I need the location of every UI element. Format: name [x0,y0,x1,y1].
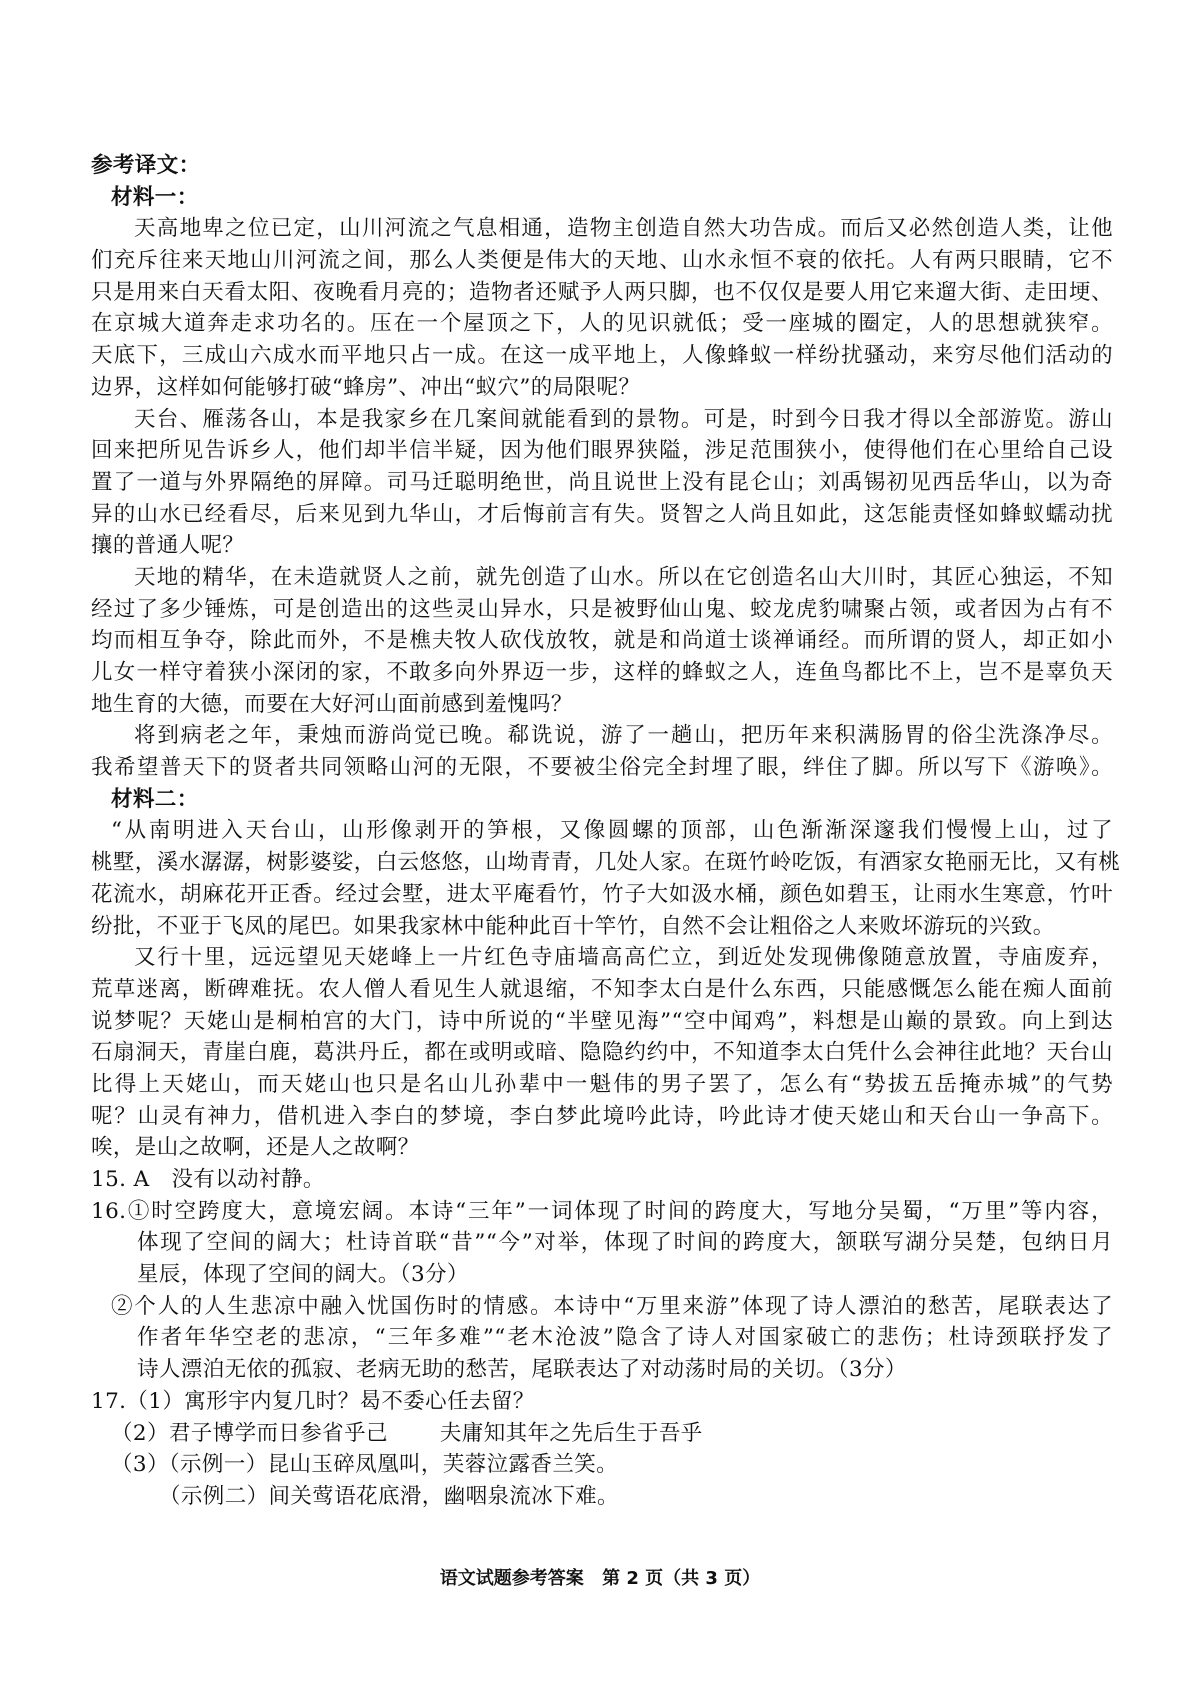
text-line: （2）君子博学而日参省乎己夫庸知其年之先后生于吾乎 [91,1418,1113,1450]
text-line: 说梦呢？天姥山是桐柏宫的大门，诗中所说的“半壁见海”“空中闻鸡”，料想是山巅的景… [91,1006,1113,1038]
answer-part-b: 夫庸知其年之先后生于吾乎 [440,1421,703,1446]
answer-part-a: （2）君子博学而日参省乎己 [111,1421,388,1446]
text-line: 体现了空间的阔大；杜诗首联“昔”“今”对举，体现了时间的跨度大，颔联写湖分吴楚，… [91,1227,1113,1259]
material-one-body: 天高地卑之位已定，山川河流之气息相通，造物主创造自然大功告成。而后又必然创造人类… [91,213,1113,783]
text-line: 只是用来白天看太阳、夜晚看月亮的；造物者还赋予人两只脚，也不仅仅是要人用它来遛大… [91,277,1113,309]
text-line: （示例二）间关莺语花底滑，幽咽泉流冰下难。 [91,1481,1113,1513]
text-line: 置了一道与外界隔绝的屏障。司马迁聪明绝世，尚且说世上没有昆仑山；刘禹锡初见西岳华… [91,467,1113,499]
text-line: 地生育的大德，而要在大好河山面前感到羞愧吗？ [91,689,1113,721]
answer-q17: 17.（1）寓形宇内复几时？曷不委心任去留？ （2）君子博学而日参省乎己夫庸知其… [91,1386,1113,1513]
text-line: 边界，这样如何能够打破“蜂房”、冲出“蚁穴”的局限呢？ [91,372,1113,404]
text-line: 异的山水已经看尽，后来见到九华山，才后悔前言有失。贤智之人尚且如此，这怎能责怪如… [91,499,1113,531]
document-page: 参考译文： 材料一： 天高地卑之位已定，山川河流之气息相通，造物主创造自然大功告… [91,150,1113,1513]
material-two-title: 材料二： [91,784,1113,816]
answer-q15: 15. A 没有以动衬静。 [91,1164,1113,1196]
text-line: 们充斥往来天地山川河流之间，那么人类便是伟大的天地、山水永恒不衰的依托。人有两只… [91,245,1113,277]
text-line: 唉，是山之故啊，还是人之故啊？ [91,1132,1113,1164]
footer-title: 语文试题参考答案 [440,1568,584,1589]
text-line: 石扇洞天，青崖白鹿，葛洪丹丘，都在或明或暗、隐隐约约中，不知道李太白凭什么会神往… [91,1037,1113,1069]
text-line: ②个人的人生悲凉中融入忧国伤时的情感。本诗中“万里来游”体现了诗人漂泊的愁苦，尾… [91,1291,1113,1323]
text-line: 又行十里，远远望见天姥峰上一片红色寺庙墙高高伫立，到近处发现佛像随意放置，寺庙废… [91,942,1113,974]
text-line: 回来把所见告诉乡人，他们却半信半疑，因为他们眼界狭隘，涉足范围狭小，使得他们在心… [91,435,1113,467]
answer-section: 15. A 没有以动衬静。 16.①时空跨度大，意境宏阔。本诗“三年”一词体现了… [91,1164,1113,1513]
text-line: “从南明进入天台山，山形像剥开的笋根，又像圆螺的顶部，山色渐渐深邃我们慢慢上山，… [91,815,1113,847]
text-line: 花流水，胡麻花开正香。经过会墅，进太平庵看竹，竹子大如汲水桶，颜色如碧玉，让雨水… [91,879,1113,911]
text-line: 16.①时空跨度大，意境宏阔。本诗“三年”一词体现了时间的跨度大，写地分吴蜀，“… [91,1196,1113,1228]
material-one-title: 材料一： [91,182,1113,214]
answer-text: ①时空跨度大，意境宏阔。本诗“三年”一词体现了时间的跨度大，写地分吴蜀，“万里”… [126,1199,1113,1224]
material-two-body: “从南明进入天台山，山形像剥开的笋根，又像圆螺的顶部，山色渐渐深邃我们慢慢上山，… [91,815,1113,1164]
text-line: 作者年华空老的悲凉，“三年多难”“老木沧波”隐含了诗人对国家破亡的悲伤；杜诗颈联… [91,1322,1113,1354]
text-line: 呢？山灵有神力，借机进入李白的梦境，李白梦此境吟此诗，吟此诗才使天姥山和天台山一… [91,1101,1113,1133]
text-line: 将到病老之年，秉烛而游尚觉已晚。郗诜说，游了一趟山，把历年来积满肠胃的俗尘洗涤净… [91,720,1113,752]
text-line: 均而相互争夺，除此而外，不是樵夫牧人砍伐放牧，就是和尚道士谈禅诵经。而所谓的贤人… [91,625,1113,657]
text-line: 天高地卑之位已定，山川河流之气息相通，造物主创造自然大功告成。而后又必然创造人类… [91,213,1113,245]
text-line: 荒草迷离，断碑难抚。农人僧人看见生人就退缩，不知李太白是什么东西，只能感慨怎么能… [91,974,1113,1006]
text-line: 攘的普通人呢？ [91,530,1113,562]
text-line: 在京城大道奔走求功名的。压在一个屋顶之下，人的见识就低；受一座城的圈定，人的思想… [91,308,1113,340]
answer-q16: 16.①时空跨度大，意境宏阔。本诗“三年”一词体现了时间的跨度大，写地分吴蜀，“… [91,1196,1113,1386]
text-line: 天地的精华，在未造就贤人之前，就先创造了山水。所以在它创造名山大川时，其匠心独运… [91,562,1113,594]
text-line: 我希望普天下的贤者共同领略山河的无限，不要被尘俗完全封埋了眼，绊住了脚。所以写下… [91,752,1113,784]
text-line: 天台、雁荡各山，本是我家乡在几案间就能看到的景物。可是，时到今日我才得以全部游览… [91,404,1113,436]
text-line: 天底下，三成山六成水而平地只占一成。在这一成平地上，人像蜂蚁一样纷扰骚动，来穷尽… [91,340,1113,372]
question-number: 16. [91,1199,126,1224]
text-line: 纷批，不亚于飞凤的尾巴。如果我家林中能种此百十竿竹，自然不会让粗俗之人来败坏游玩… [91,911,1113,943]
text-line: 经过了多少锤炼，可是创造出的这些灵山异水，只是被野仙山鬼、蛟龙虎豹啸聚占领，或者… [91,594,1113,626]
text-line: 桃墅，溪水潺潺，树影婆娑，白云悠悠，山坳青青，几处人家。在斑竹岭吃饭，有酒家女艳… [91,847,1113,879]
text-line: 17.（1）寓形宇内复几时？曷不委心任去留？ [91,1386,1113,1418]
page-footer: 语文试题参考答案 第 2 页（共 3 页） [0,1564,1200,1590]
footer-page-number: 第 2 页（共 3 页） [602,1568,760,1589]
heading-reference-translation: 参考译文： [91,150,1113,182]
text-line: 比得上天姥山，而天姥山也只是名山儿孙辈中一魁伟的男子罢了，怎么有“势拔五岳掩赤城… [91,1069,1113,1101]
text-line: 星辰，体现了空间的阔大。（3分） [91,1259,1113,1291]
text-line: （3）（示例一）昆山玉碎凤凰叫，芙蓉泣露香兰笑。 [91,1449,1113,1481]
text-line: 儿女一样守着狭小深闭的家，不敢多向外界迈一步，这样的蜂蚁之人，连鱼鸟都比不上，岂… [91,657,1113,689]
text-line: 诗人漂泊无依的孤寂、老病无助的愁苦，尾联表达了对动荡时局的关切。（3分） [91,1354,1113,1386]
